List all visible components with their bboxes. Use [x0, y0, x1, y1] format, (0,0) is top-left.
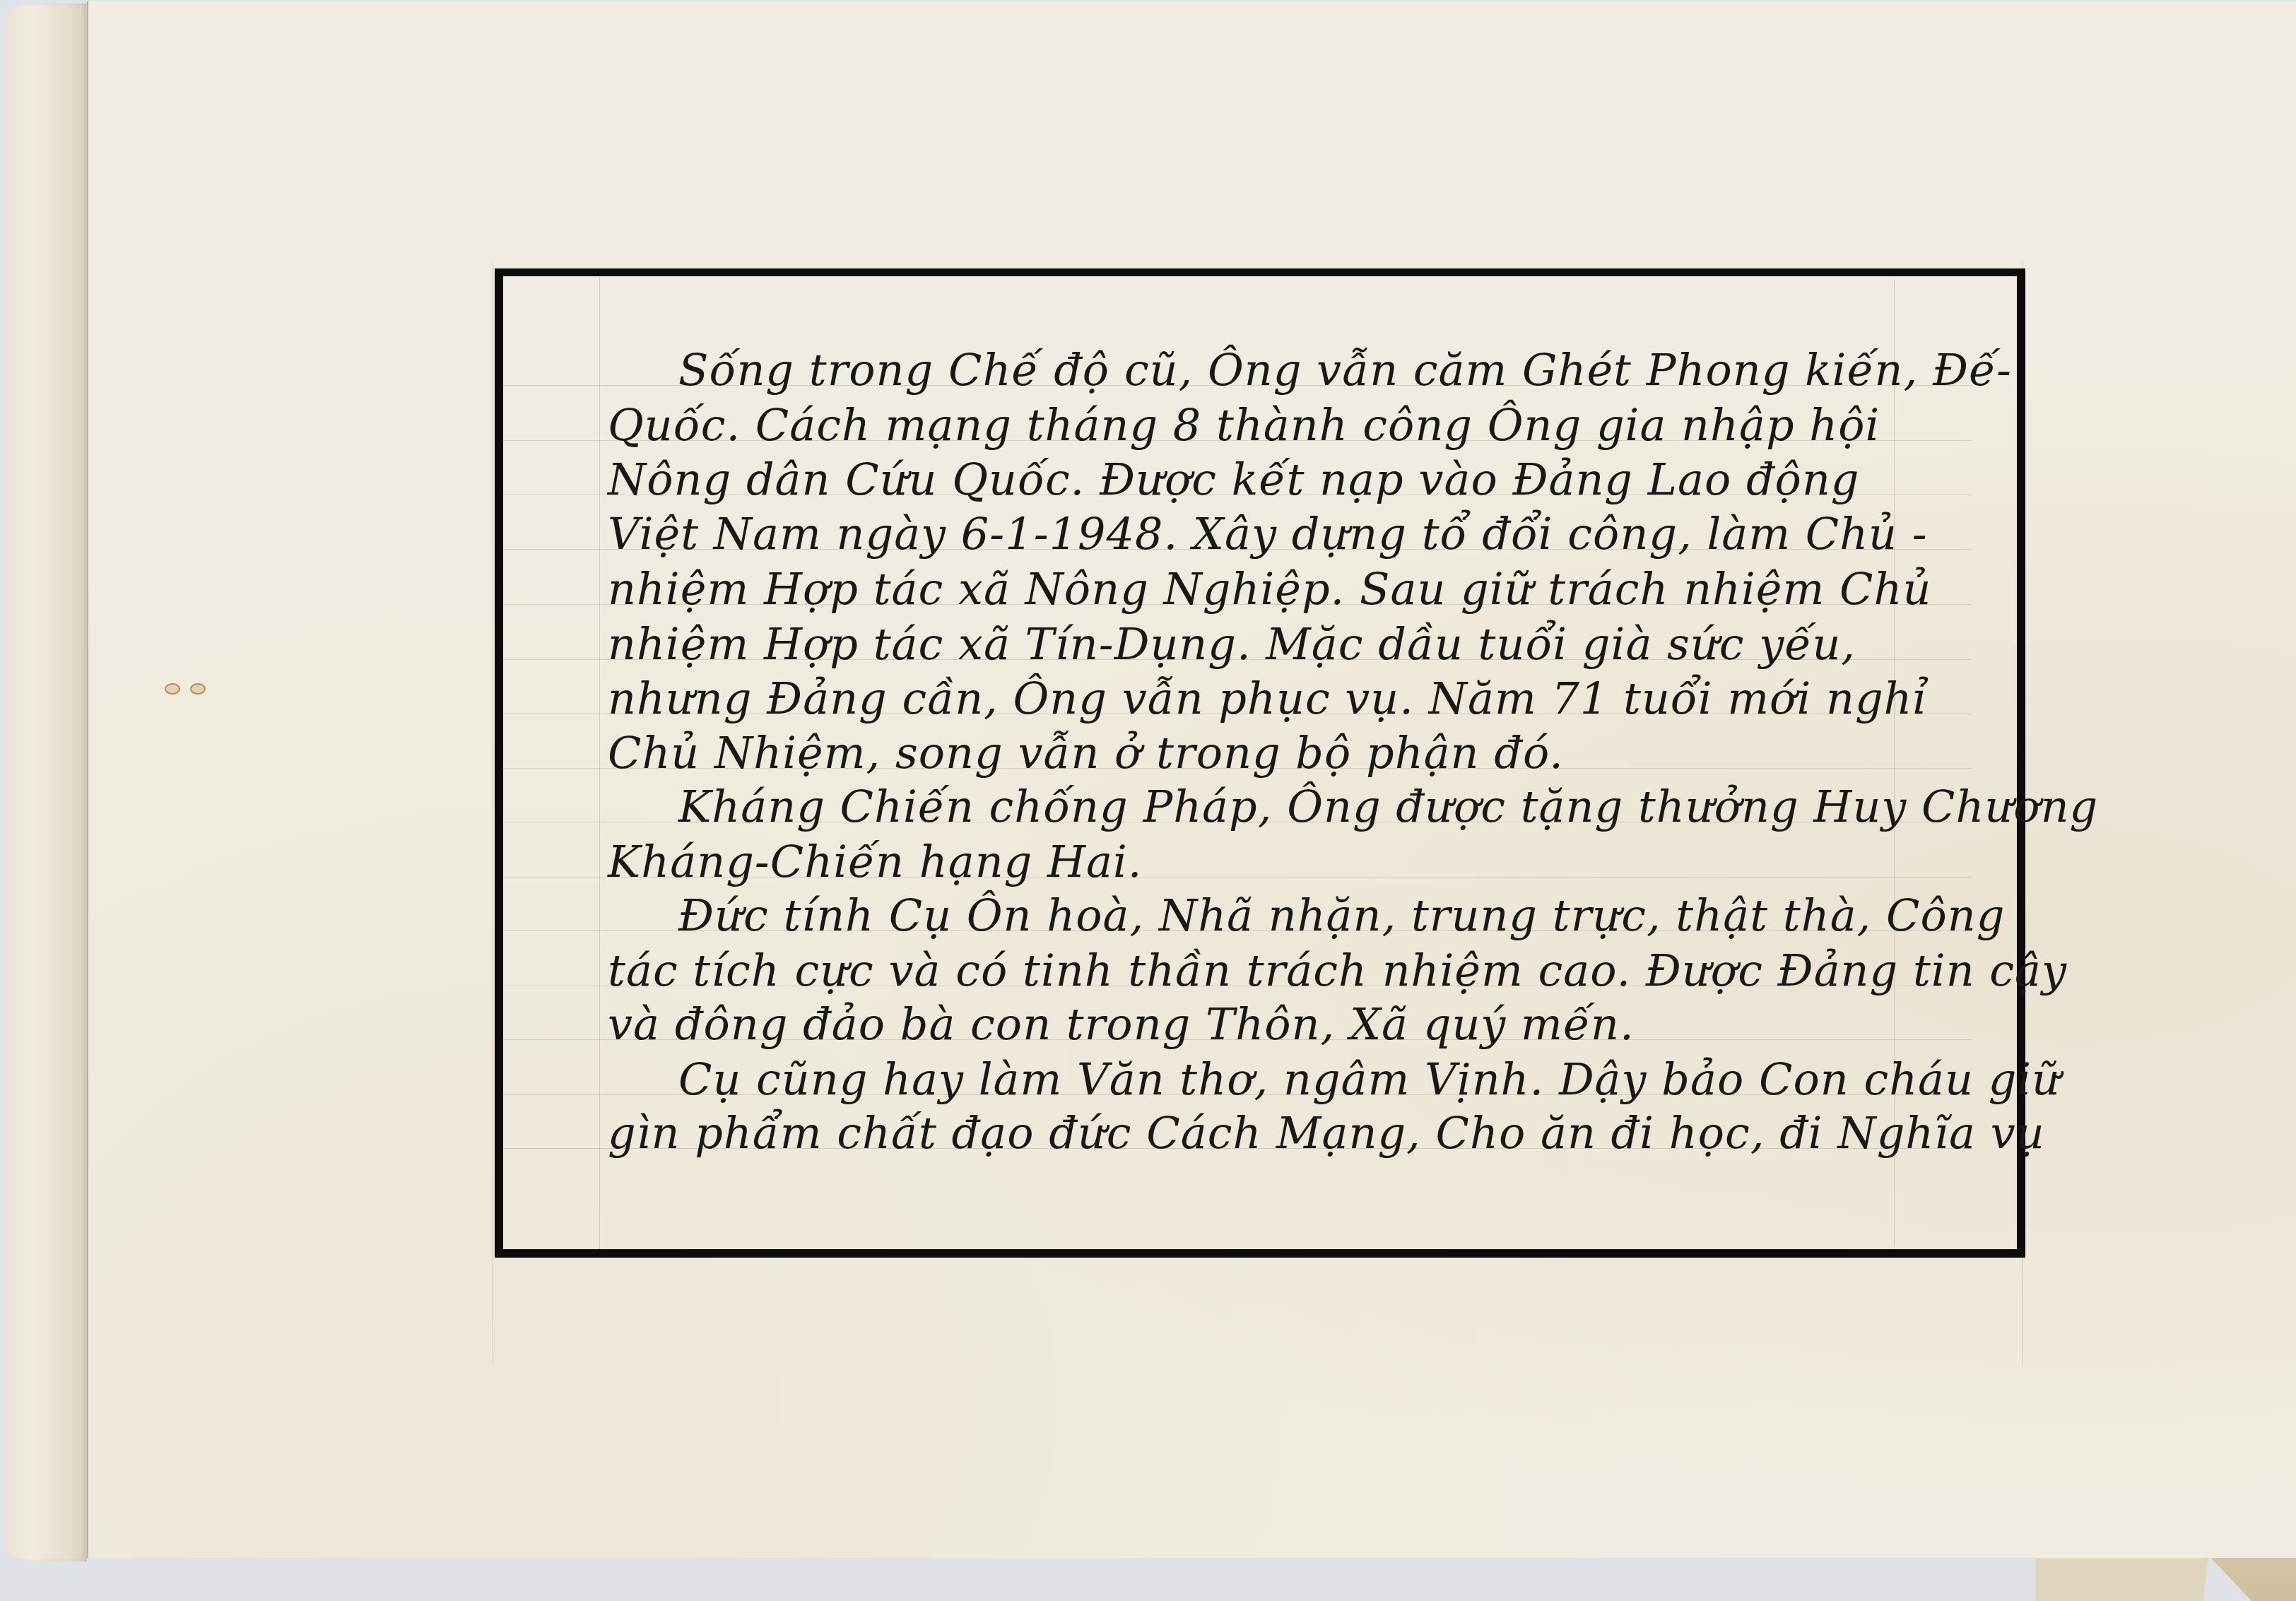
pencil-guide-left — [493, 263, 493, 1365]
text-line: Sống trong Chế độ cũ, Ông vẫn căm Ghét P… — [678, 348, 2012, 392]
text-line: Kháng Chiến chống Pháp, Ông được tặng th… — [678, 785, 2098, 829]
text-line: và đông đảo bà con trong Thôn, Xã quý mế… — [608, 1003, 1635, 1046]
text-line: nhiệm Hợp tác xã Tín-Dụng. Mặc dầu tuổi … — [608, 622, 1856, 666]
binding-holes — [165, 683, 207, 695]
text-line: Cụ cũng hay làm Văn thơ, ngâm Vịnh. Dậy … — [678, 1058, 2061, 1101]
text-line: tác tích cực và có tinh thần trách nhiệm… — [608, 949, 2067, 993]
text-line: Việt Nam ngày 6-1-1948. Xây dựng tổ đổi … — [608, 512, 1928, 556]
previous-page-flap — [4, 4, 87, 1561]
rust-hole-icon — [165, 683, 180, 695]
text-line: Kháng-Chiến hạng Hai. — [608, 840, 1143, 884]
text-line: Đức tính Cụ Ôn hoà, Nhã nhặn, trung trực… — [678, 894, 2005, 938]
rust-hole-icon — [190, 683, 206, 695]
text-line: Chủ Nhiệm, song vẫn ở trong bộ phận đó. — [608, 731, 1564, 775]
text-line: Quốc. Cách mạng tháng 8 thành công Ông g… — [608, 403, 1880, 447]
text-line: nhưng Đảng cần, Ông vẫn phục vụ. Năm 71 … — [608, 677, 1927, 721]
text-line: Nông dân Cứu Quốc. Được kết nạp vào Đảng… — [608, 458, 1860, 502]
text-line: gìn phẩm chất đạo đức Cách Mạng, Cho ăn … — [608, 1111, 2045, 1155]
text-line: nhiệm Hợp tác xã Nông Nghiệp. Sau giữ tr… — [608, 567, 1931, 611]
